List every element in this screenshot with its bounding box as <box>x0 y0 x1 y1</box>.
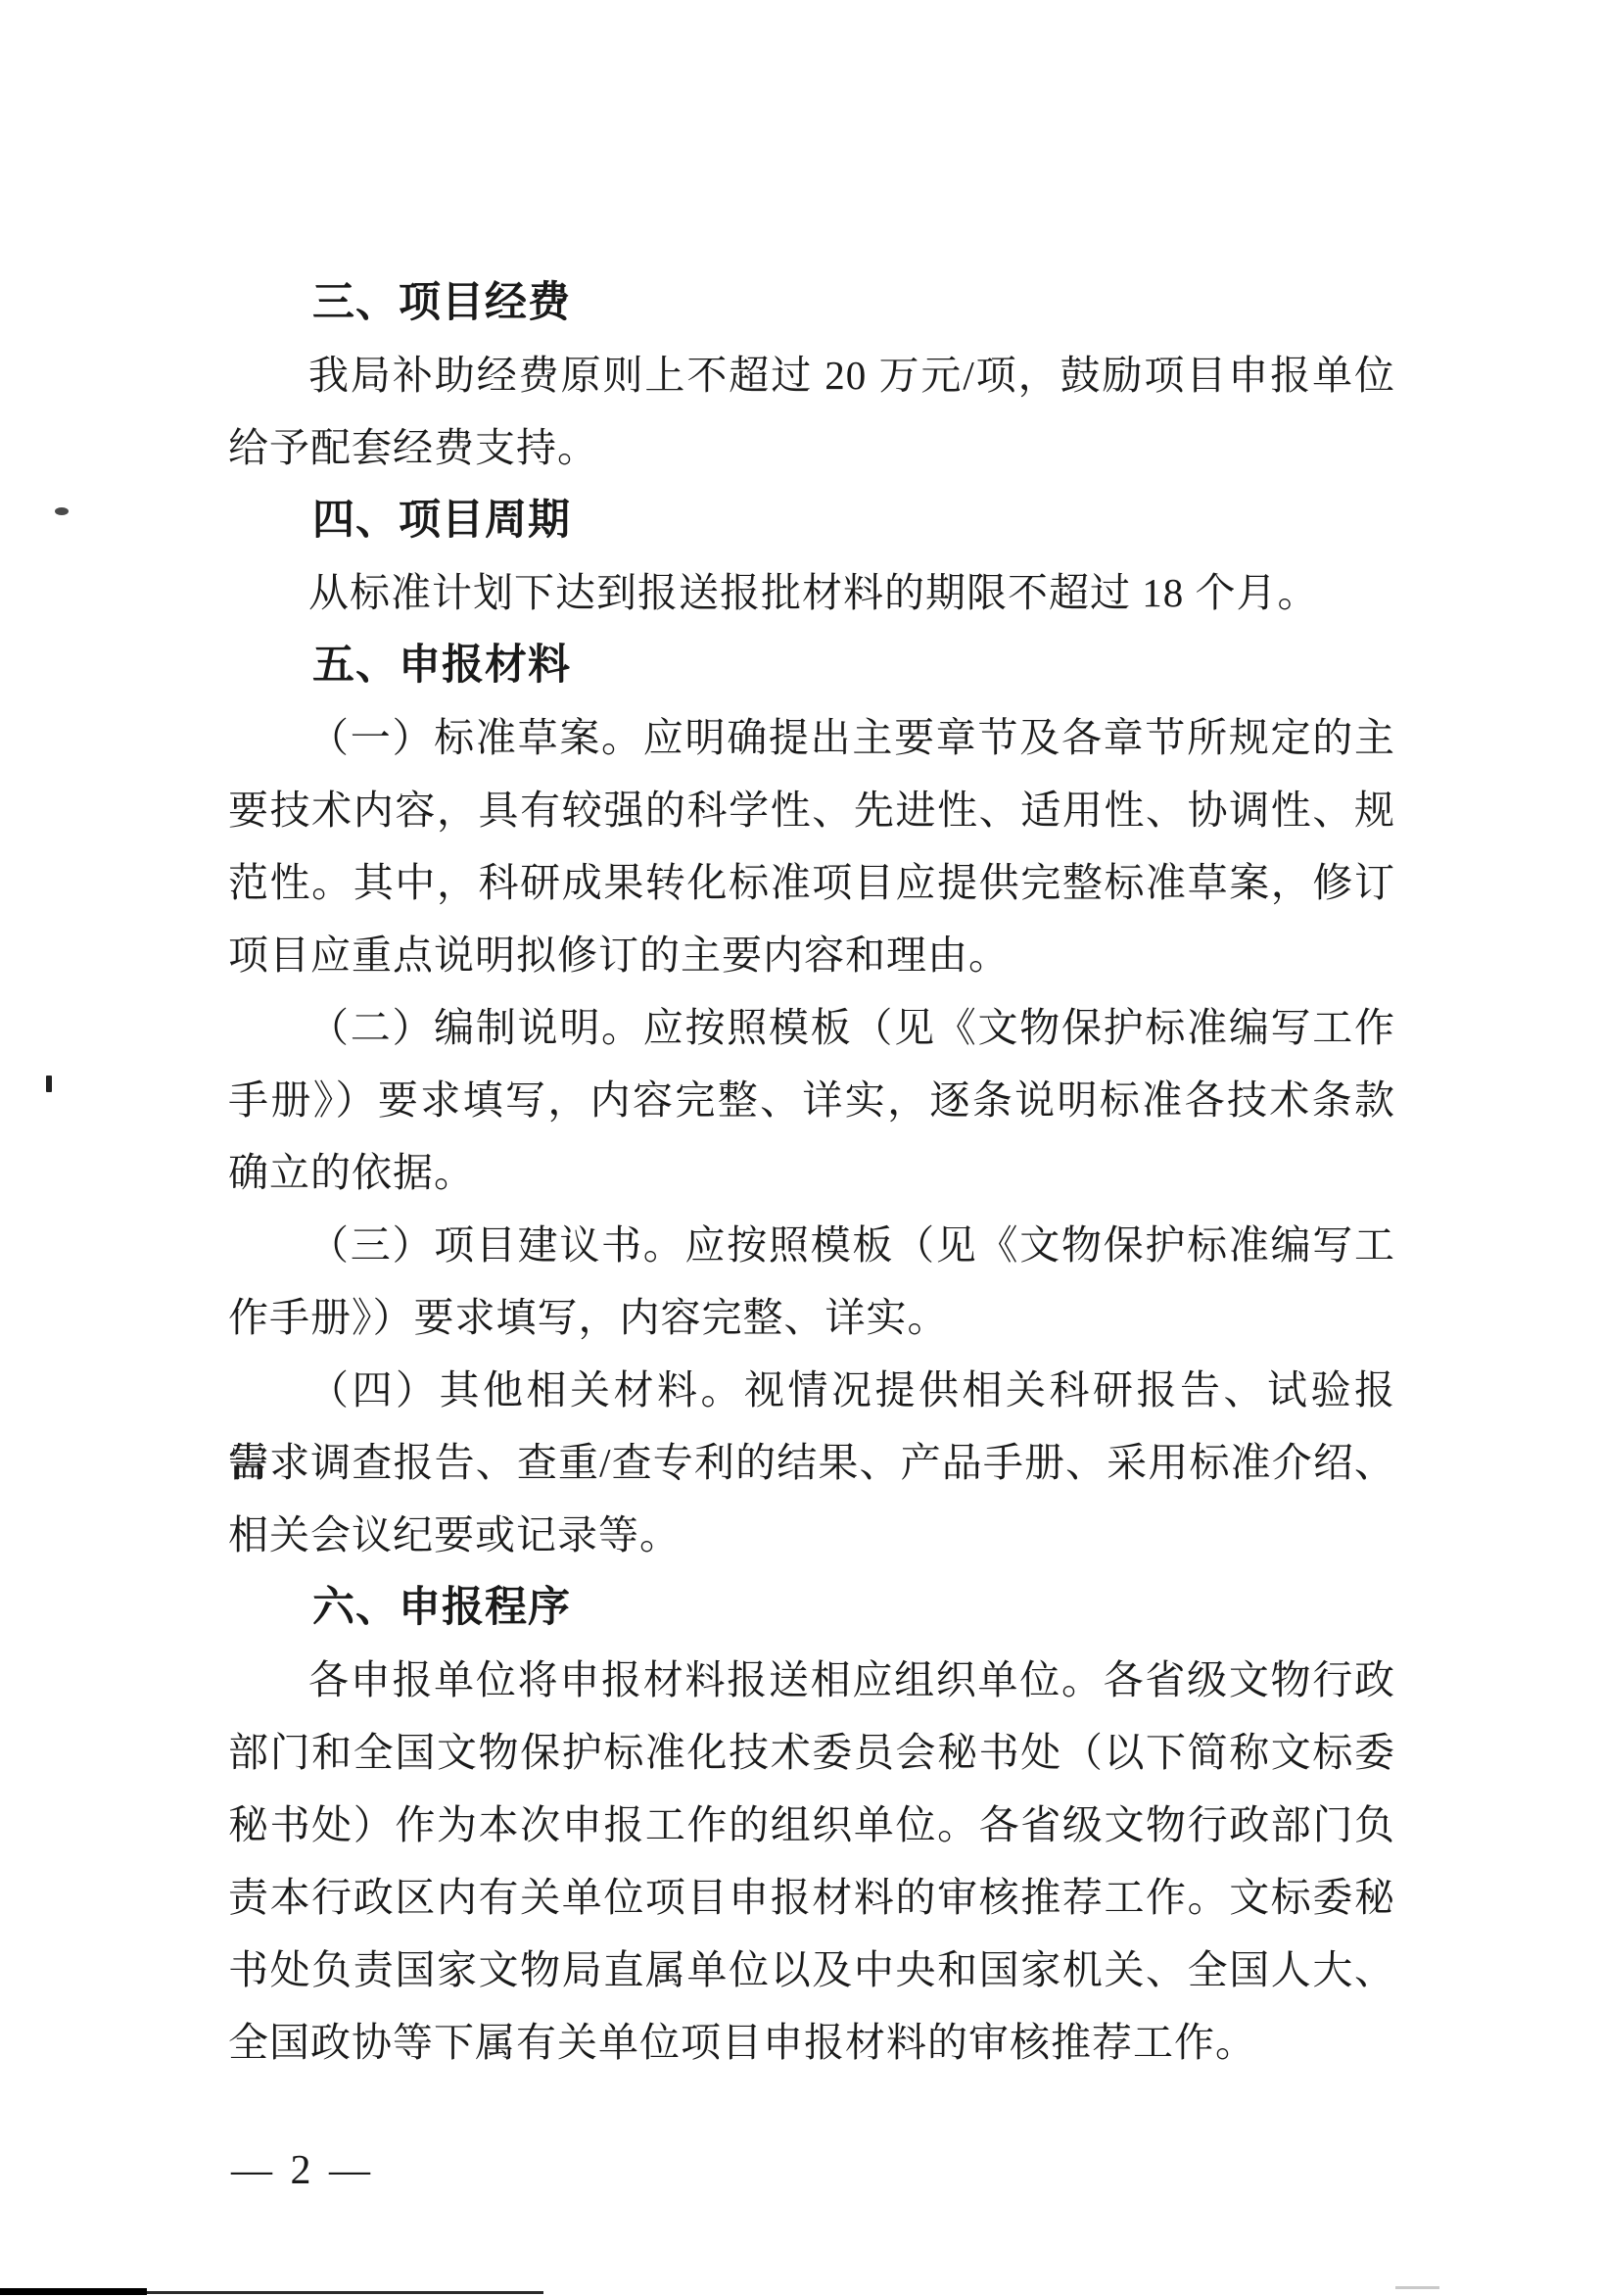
document-line: 部门和全国文物保护标准化技术委员会秘书处（以下简称文标委 <box>228 1716 1395 1789</box>
document-line: 秘书处）作为本次申报工作的组织单位。各省级文物行政部门负 <box>228 1789 1395 1861</box>
document-line: 要技术内容，具有较强的科学性、先进性、适用性、协调性、规 <box>228 774 1395 846</box>
document-line: 作手册》）要求填写，内容完整、详实。 <box>228 1281 1395 1354</box>
document-line: 全国政协等下属有关单位项目申报材料的审核推荐工作。 <box>228 2006 1395 2079</box>
scan-speck-artifact <box>55 507 69 515</box>
scan-edge-speck-artifact <box>1395 2286 1439 2289</box>
document-line: 需求调查报告、查重/查专利的结果、产品手册、采用标准介绍、 <box>228 1426 1395 1499</box>
document-line: （一）标准草案。应明确提出主要章节及各章节所规定的主 <box>228 701 1395 774</box>
document-line: 书处负责国家文物局直属单位以及中央和国家机关、全国人大、 <box>228 1934 1395 2006</box>
document-line: 手册》）要求填写，内容完整、详实，逐条说明标准各技术条款 <box>228 1064 1395 1136</box>
document-line: （三）项目建议书。应按照模板（见《文物保护标准编写工 <box>228 1209 1395 1281</box>
document-lines: 三、项目经费我局补助经费原则上不超过 20 万元/项，鼓励项目申报单位给予配套经… <box>228 266 1395 2079</box>
document-line: 各申报单位将申报材料报送相应组织单位。各省级文物行政 <box>228 1644 1395 1716</box>
document-line: 项目应重点说明拟修订的主要内容和理由。 <box>228 919 1395 991</box>
section-heading: 四、项目周期 <box>228 484 1395 556</box>
scan-edge-line-artifact <box>147 2291 543 2294</box>
scan-edge-bar-artifact <box>0 2288 147 2295</box>
document-line: 我局补助经费原则上不超过 20 万元/项，鼓励项目申报单位 <box>228 339 1395 411</box>
document-line: 相关会议纪要或记录等。 <box>228 1499 1395 1571</box>
section-heading: 六、申报程序 <box>228 1571 1395 1644</box>
page-number: — 2 — <box>231 2147 374 2194</box>
document-line: 范性。其中，科研成果转化标准项目应提供完整标准草案，修订 <box>228 846 1395 919</box>
document-line: 给予配套经费支持。 <box>228 411 1395 484</box>
document-line: 从标准计划下达到报送报批材料的期限不超过 18 个月。 <box>228 556 1395 629</box>
section-heading: 三、项目经费 <box>228 266 1395 339</box>
scanned-document-page: 三、项目经费我局补助经费原则上不超过 20 万元/项，鼓励项目申报单位给予配套经… <box>0 0 1602 2296</box>
document-line: 责本行政区内有关单位项目申报材料的审核推荐工作。文标委秘 <box>228 1861 1395 1934</box>
document-line: （二）编制说明。应按照模板（见《文物保护标准编写工作 <box>228 991 1395 1064</box>
document-line: （四）其他相关材料。视情况提供相关科研报告、试验报告、 <box>228 1354 1395 1426</box>
document-line: 确立的依据。 <box>228 1136 1395 1209</box>
section-heading: 五、申报材料 <box>228 629 1395 701</box>
scan-tick-artifact <box>46 1076 52 1092</box>
